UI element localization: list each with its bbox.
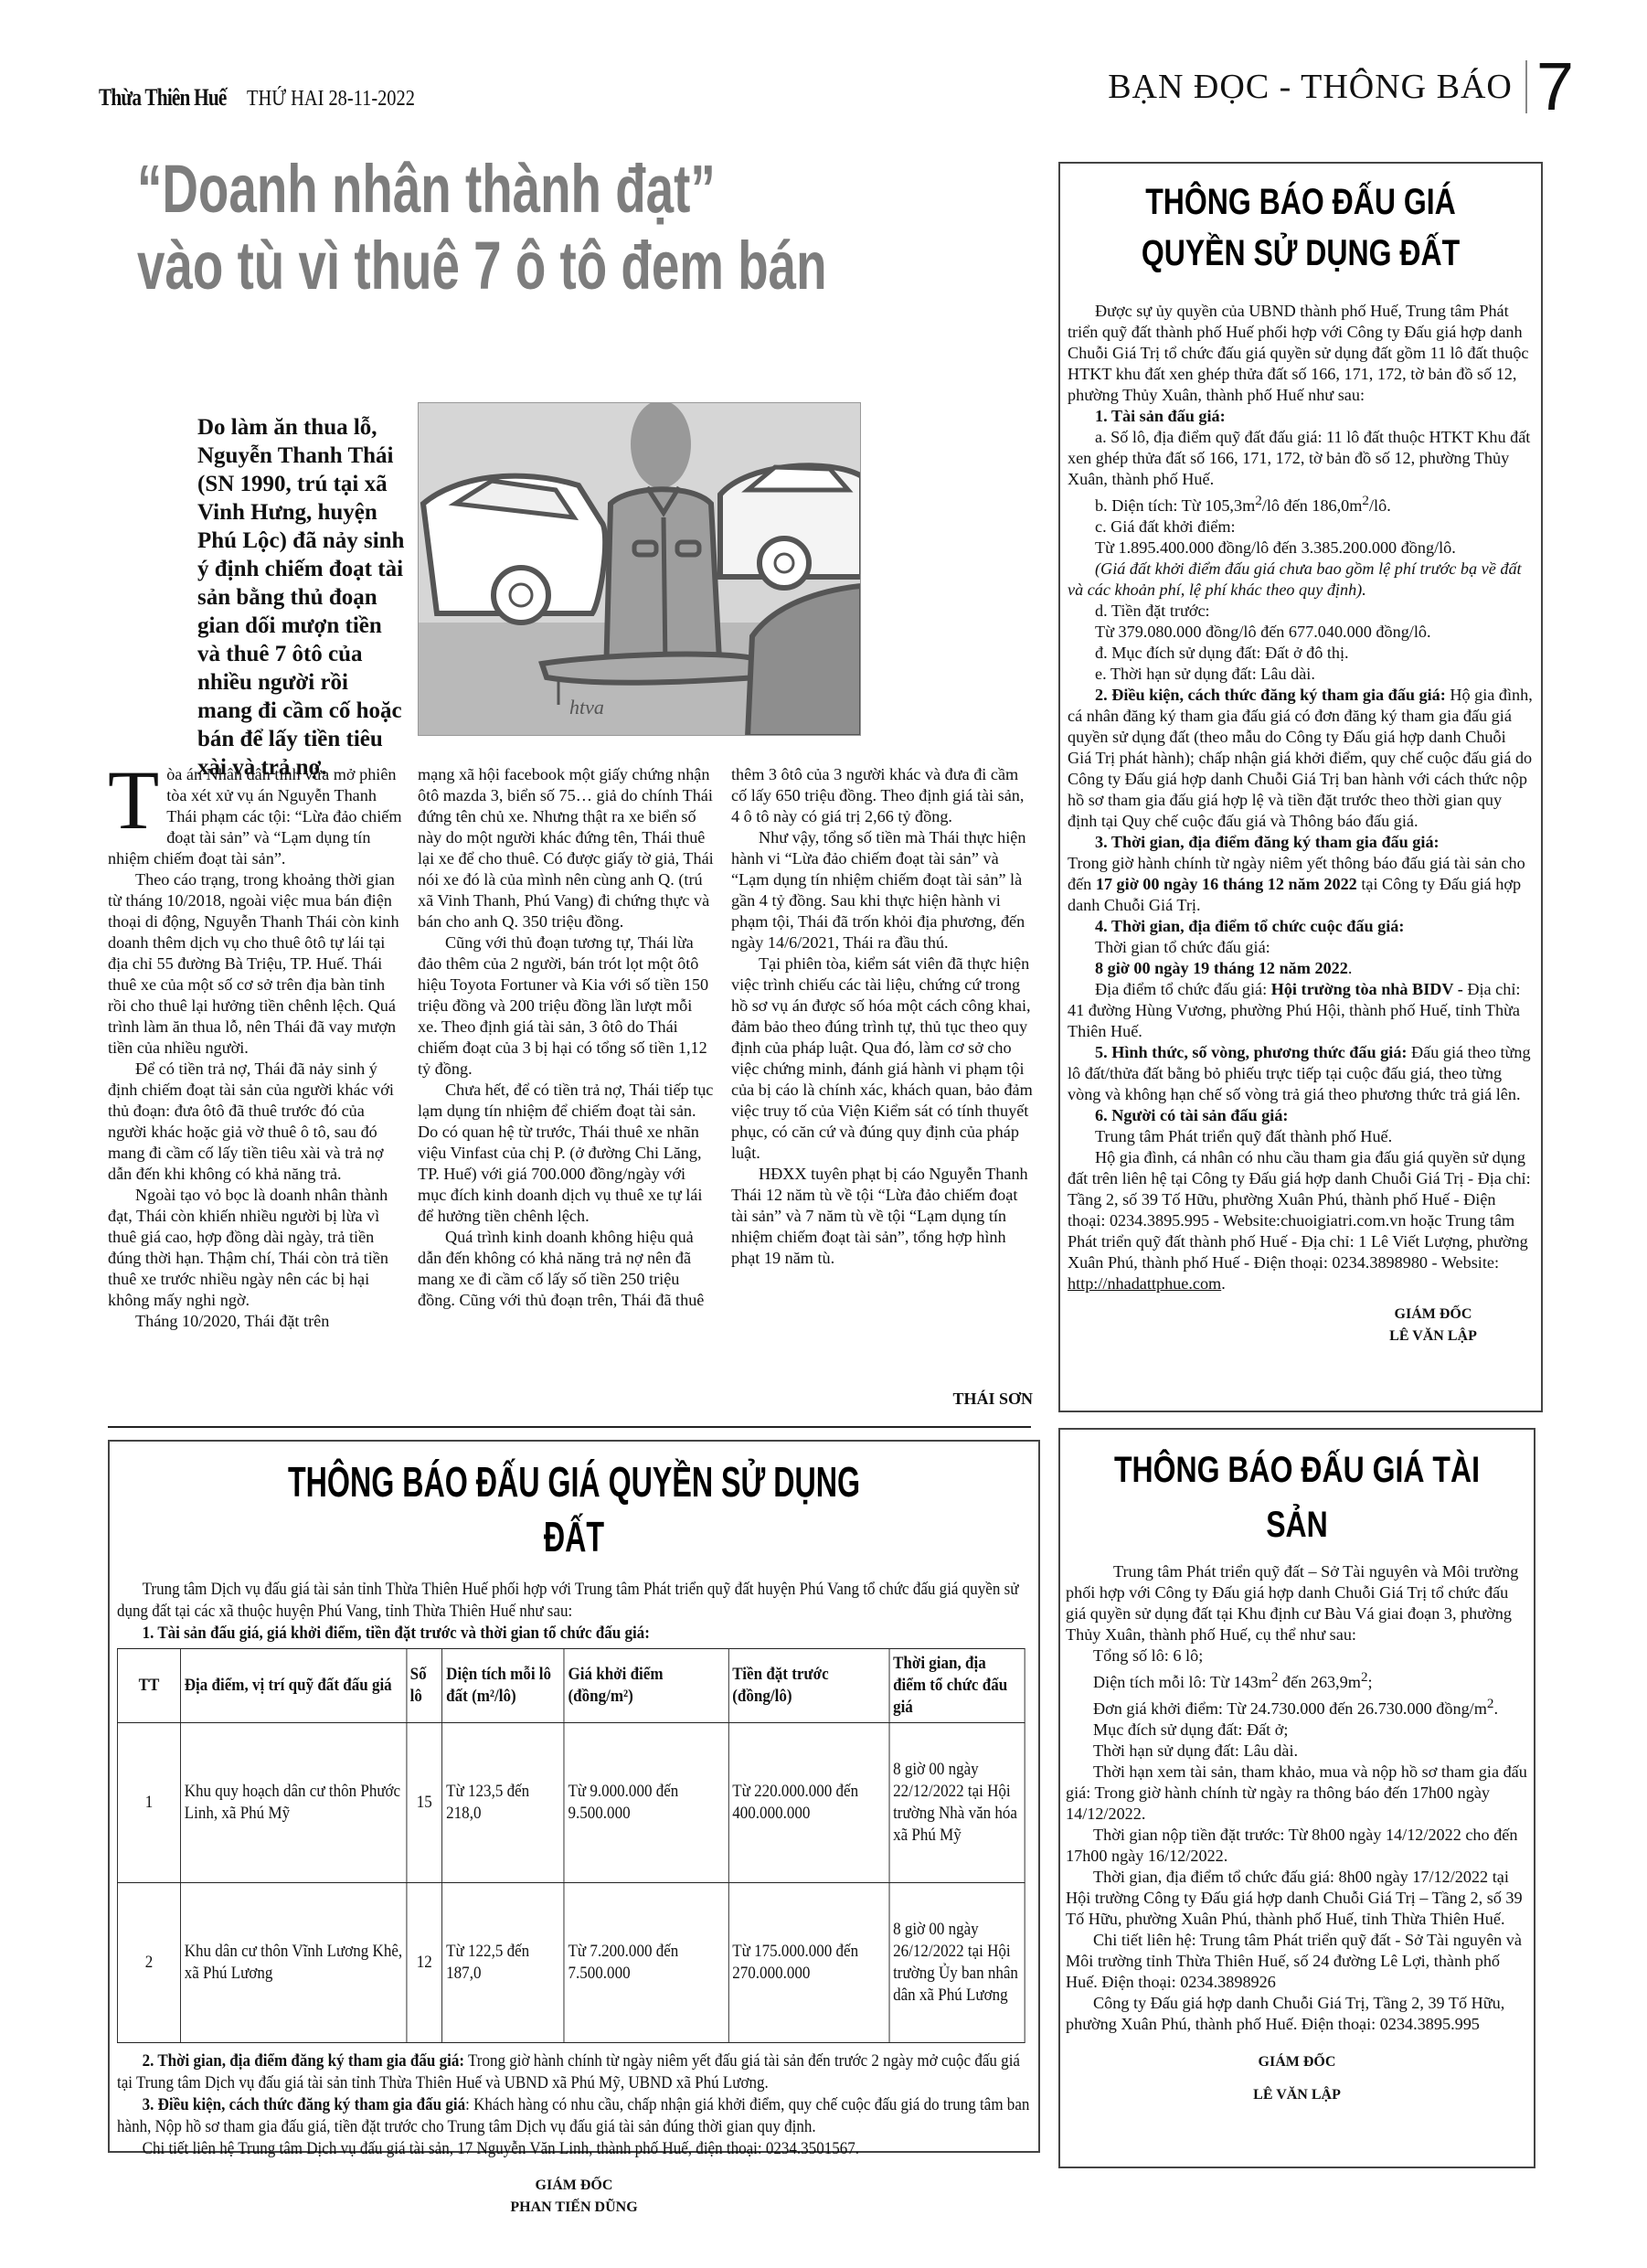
article-paragraph: Tháng 10/2020, Thái đặt trên [108,1311,402,1332]
signature-block: GIÁM ĐỐC PHAN TIẾN DŨNG [117,2175,1031,2219]
article-illustration: htva [418,402,861,736]
article-column-3: thêm 3 ôtô của 3 người khác và đưa đi cầ… [731,764,1033,1269]
section-heading: 5. Hình thức, số vòng, phương thức đấu g… [1095,1043,1407,1061]
section-heading: 2. Điều kiện, cách thức đăng ký tham gia… [1095,686,1446,704]
section-heading: 3. Thời gian, địa điểm đăng ký tham gia … [1095,833,1440,851]
article-headline: “Doanh nhân thành đạt” vào tù vì thuê 7 … [137,151,1057,304]
section-heading: 1. Tài sản đấu giá: [1095,407,1226,425]
dropcap: T [108,768,166,832]
signer-title: GIÁM ĐỐC [1066,2046,1528,2079]
table-row: 2 Khu dân cư thôn Vĩnh Lương Khê, xã Phú… [117,1883,1025,2043]
article-divider [108,1426,1031,1428]
article-paragraph: mạng xã hội facebook một giấy chứng nhận… [418,764,715,932]
article-paragraph: Như vậy, tổng số tiền mà Thái thực hiện … [731,827,1033,953]
article-paragraph: Theo cáo trạng, trong khoảng thời gian t… [108,869,402,1059]
article-paragraph: thêm 3 ôtô của 3 người khác và đưa đi cầ… [731,764,1033,827]
section-heading: 1. Tài sản đấu giá, giá khởi điểm, tiền … [143,1624,650,1643]
notice-asset-auction: THÔNG BÁO ĐẤU GIÁ TÀI SẢN Trung tâm Phát… [1058,1428,1535,2168]
notice-land-auction-hue: THÔNG BÁO ĐẤU GIÁ QUYỀN SỬ DỤNG ĐẤT Được… [1058,162,1543,1412]
signer-name: LÊ VĂN LẬP [1342,1326,1525,1347]
notice-title: THÔNG BÁO ĐẤU GIÁ QUYỀN SỬ DỤNG ĐẤT [1114,176,1487,279]
signer-name: LÊ VĂN LẬP [1066,2079,1528,2112]
article-sapo: Do làm ăn thua lỗ, Nguyễn Thanh Thái (SN… [197,413,408,782]
section-header: BẠN ĐỌC - THÔNG BÁO 7 [1108,53,1574,121]
article-paragraph: HĐXX tuyên phạt bị cáo Nguyễn Thanh Thái… [731,1164,1033,1269]
newspaper-name: Thừa Thiên Huế [99,84,227,112]
illustration-signature: htva [569,696,604,719]
signer-title: GIÁM ĐỐC [1342,1304,1525,1326]
notice-body: Trung tâm Dịch vụ đấu giá tài sản tỉnh T… [117,1579,1031,2160]
section-heading: 4. Thời gian, địa điểm tổ chức cuộc đấu … [1095,917,1404,935]
auction-table: TT Địa điểm, vị trí quỹ đất đấu giá Số l… [117,1648,1025,2043]
article-column-1: Tòa án Nhân dân tỉnh vừa mở phiên tòa xé… [108,764,402,1332]
signer-name: PHAN TIẾN DŨNG [117,2197,1031,2219]
masthead: Thừa Thiên Huế THỨ HAI 28-11-2022 [99,84,445,112]
section-name: BẠN ĐỌC - THÔNG BÁO [1108,67,1525,107]
article-paragraph: Tòa án Nhân dân tỉnh vừa mở phiên tòa xé… [108,764,402,869]
headline-line-1: “Doanh nhân thành đạt” [137,151,1057,228]
notice-land-auction-phu-vang: THÔNG BÁO ĐẤU GIÁ QUYỀN SỬ DỤNG ĐẤT Trun… [108,1440,1040,2153]
article-paragraph: Quá trình kinh doanh không hiệu quả dẫn … [418,1227,715,1311]
notice-body: Được sự ủy quyền của UBND thành phố Huế,… [1068,301,1534,1294]
table-row: 1 Khu quy hoạch dân cư thôn Phước Linh, … [117,1723,1025,1883]
article-paragraph: Ngoài tạo vỏ bọc là doanh nhân thành đạt… [108,1185,402,1311]
signature-block: GIÁM ĐỐC LÊ VĂN LẬP [1066,2046,1528,2112]
section-heading: 6. Người có tài sản đấu giá: [1095,1106,1288,1124]
article-paragraph: Tại phiên tòa, kiểm sát viên đã thực hiệ… [731,953,1033,1164]
website-link[interactable]: http://nhadattphue.com [1068,1274,1221,1293]
article-column-2: mạng xã hội facebook một giấy chứng nhận… [418,764,715,1311]
notice-title: THÔNG BÁO ĐẤU GIÁ TÀI SẢN [1112,1443,1482,1552]
cartoon-man-cars-illustration: htva [419,403,861,736]
notice-body: Trung tâm Phát triển quỹ đất – Sở Tài ng… [1066,1561,1528,2035]
section-heading: 2. Thời gian, địa điểm đăng ký tham gia … [143,2052,464,2071]
headline-line-2: vào tù vì thuê 7 ô tô đem bán [137,228,1057,304]
page-number: 7 [1527,53,1574,121]
article-paragraph: Cũng với thủ đoạn tương tự, Thái lừa đảo… [418,932,715,1080]
article-paragraph: Để có tiền trả nợ, Thái đã nảy sinh ý đị… [108,1059,402,1185]
section-heading: 3. Điều kiện, cách thức đăng ký tham gia… [143,2096,466,2114]
signer-title: GIÁM ĐỐC [117,2175,1031,2197]
article-paragraph: Chưa hết, để có tiền trả nợ, Thái tiếp t… [418,1080,715,1227]
signature-block: GIÁM ĐỐC LÊ VĂN LẬP [1342,1304,1525,1347]
table-header-row: TT Địa điểm, vị trí quỹ đất đấu giá Số l… [117,1649,1025,1723]
article-byline: THÁI SƠN [731,1390,1033,1409]
notice-title: THÔNG BÁO ĐẤU GIÁ QUYỀN SỬ DỤNG ĐẤT [254,1454,894,1564]
issue-date: THỨ HAI 28-11-2022 [247,87,415,112]
